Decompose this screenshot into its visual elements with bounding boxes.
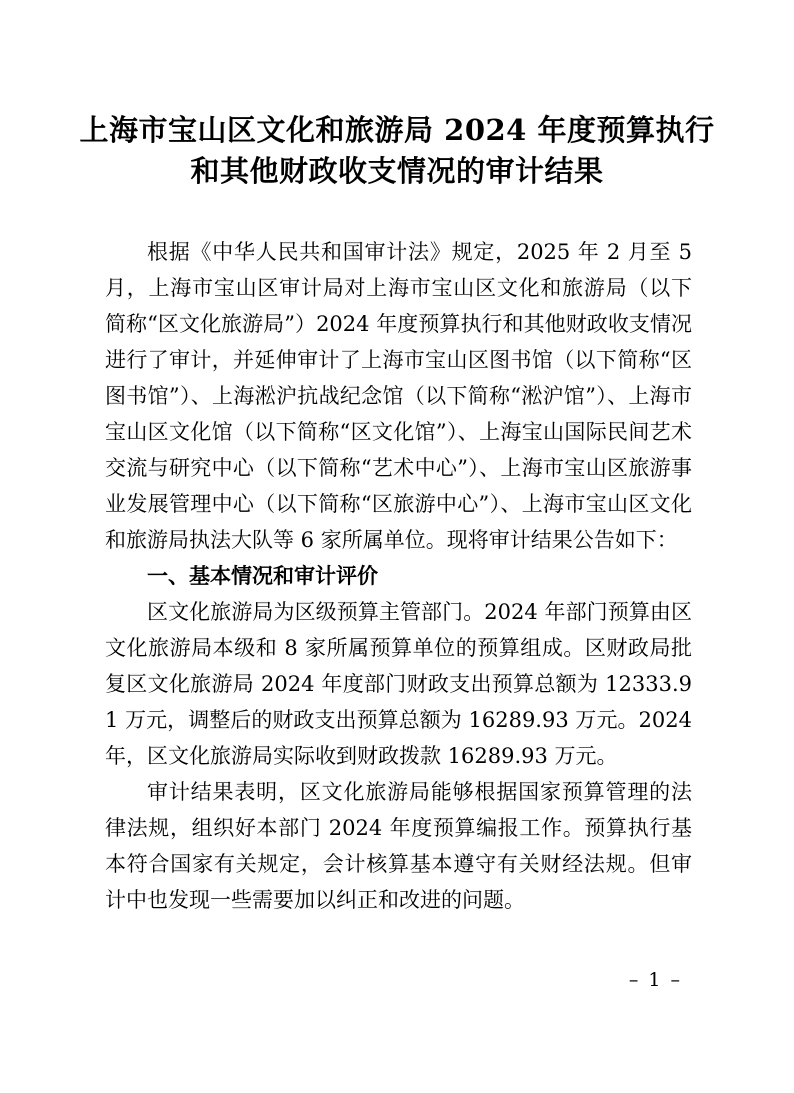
paragraph-intro: 根据《中华人民共和国审计法》规定，2025 年 2 月至 5 月，上海市宝山区审…: [105, 234, 692, 558]
document-title: 上海市宝山区文化和旅游局 2024 年度预算执行 和其他财政收支情况的审计结果: [0, 0, 794, 192]
document-page: 上海市宝山区文化和旅游局 2024 年度预算执行 和其他财政收支情况的审计结果 …: [0, 0, 794, 1093]
section-1-heading: 一、基本情况和审计评价: [105, 558, 692, 594]
document-title-line-1: 上海市宝山区文化和旅游局 2024 年度预算执行: [0, 110, 794, 151]
section-1-paragraph-1: 区文化旅游局为区级预算主管部门。2024 年部门预算由区文化旅游局本级和 8 家…: [105, 594, 692, 774]
page-number: – 1 –: [629, 966, 682, 994]
document-body: 根据《中华人民共和国审计法》规定，2025 年 2 月至 5 月，上海市宝山区审…: [0, 234, 794, 918]
section-1-paragraph-2: 审计结果表明，区文化旅游局能够根据国家预算管理的法律法规，组织好本部门 2024…: [105, 774, 692, 918]
document-title-line-2: 和其他财政收支情况的审计结果: [0, 151, 794, 192]
